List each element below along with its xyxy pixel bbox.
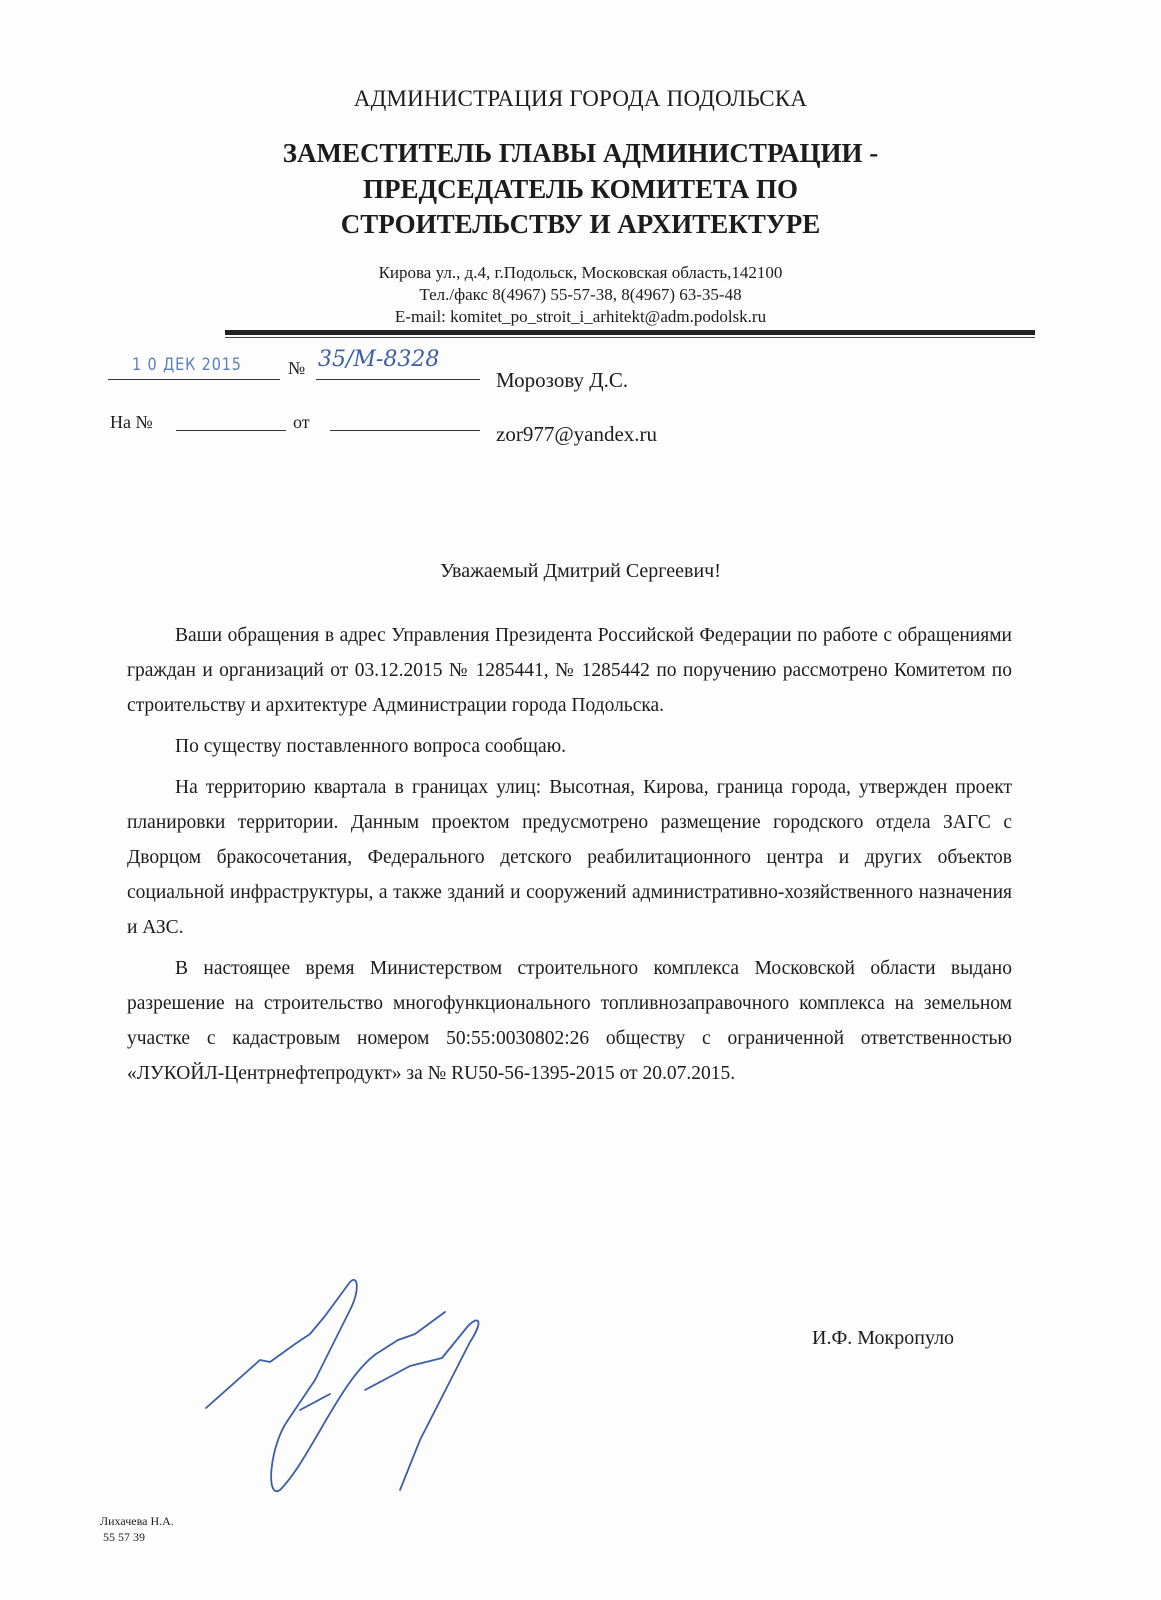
executor-phone: 55 57 39: [103, 1529, 145, 1545]
title-line-3: СТРОИТЕЛЬСТВУ И АРХИТЕКТУРЕ: [0, 207, 1161, 241]
reply-number-field: [176, 410, 286, 431]
letter-body: Ваши обращения в адрес Управления Презид…: [127, 618, 1012, 1091]
recipient-email: zor977@yandex.ru: [496, 422, 657, 447]
signer-name: И.Ф. Мокропуло: [812, 1327, 954, 1350]
header-rule-thick: [225, 330, 1035, 335]
recipient-name: Морозову Д.С.: [496, 368, 628, 393]
organization-name: АДМИНИСТРАЦИЯ ГОРОДА ПОДОЛЬСКА: [0, 86, 1161, 112]
salutation: Уважаемый Дмитрий Сергеевич!: [0, 560, 1161, 583]
phone: Тел./факс 8(4967) 55-57-38, 8(4967) 63-3…: [0, 284, 1161, 306]
executor-name: Лихачева Н.А.: [100, 1513, 174, 1529]
number-handwritten: 35/М-8328: [318, 347, 439, 372]
email: E-mail: komitet_po_stroit_i_arhitekt@adm…: [0, 306, 1161, 328]
number-field: 35/М-8328: [316, 355, 480, 380]
address: Кирова ул., д.4, г.Подольск, Московская …: [0, 262, 1161, 284]
paragraph-4: В настоящее время Министерством строител…: [127, 951, 1012, 1091]
title-line-1: ЗАМЕСТИТЕЛЬ ГЛАВЫ АДМИНИСТРАЦИИ -: [0, 136, 1161, 170]
title-line-2: ПРЕДСЕДАТЕЛЬ КОМИТЕТА ПО: [0, 172, 1161, 206]
reply-date-field: [330, 410, 480, 431]
header-rule-thin: [225, 337, 1035, 338]
signature-icon: [200, 1270, 660, 1510]
paragraph-3: На территорию квартала в границах улиц: …: [127, 770, 1012, 945]
paragraph-1: Ваши обращения в адрес Управления Презид…: [127, 618, 1012, 723]
reply-number-label: На №: [110, 412, 153, 433]
number-label: №: [288, 358, 305, 379]
paragraph-2: По существу поставленного вопроса сообща…: [127, 729, 1012, 764]
reply-from-label: от: [293, 412, 310, 433]
date-stamp: 1 0 ДЕК 2015: [132, 355, 242, 375]
date-field: 1 0 ДЕК 2015: [108, 355, 280, 380]
